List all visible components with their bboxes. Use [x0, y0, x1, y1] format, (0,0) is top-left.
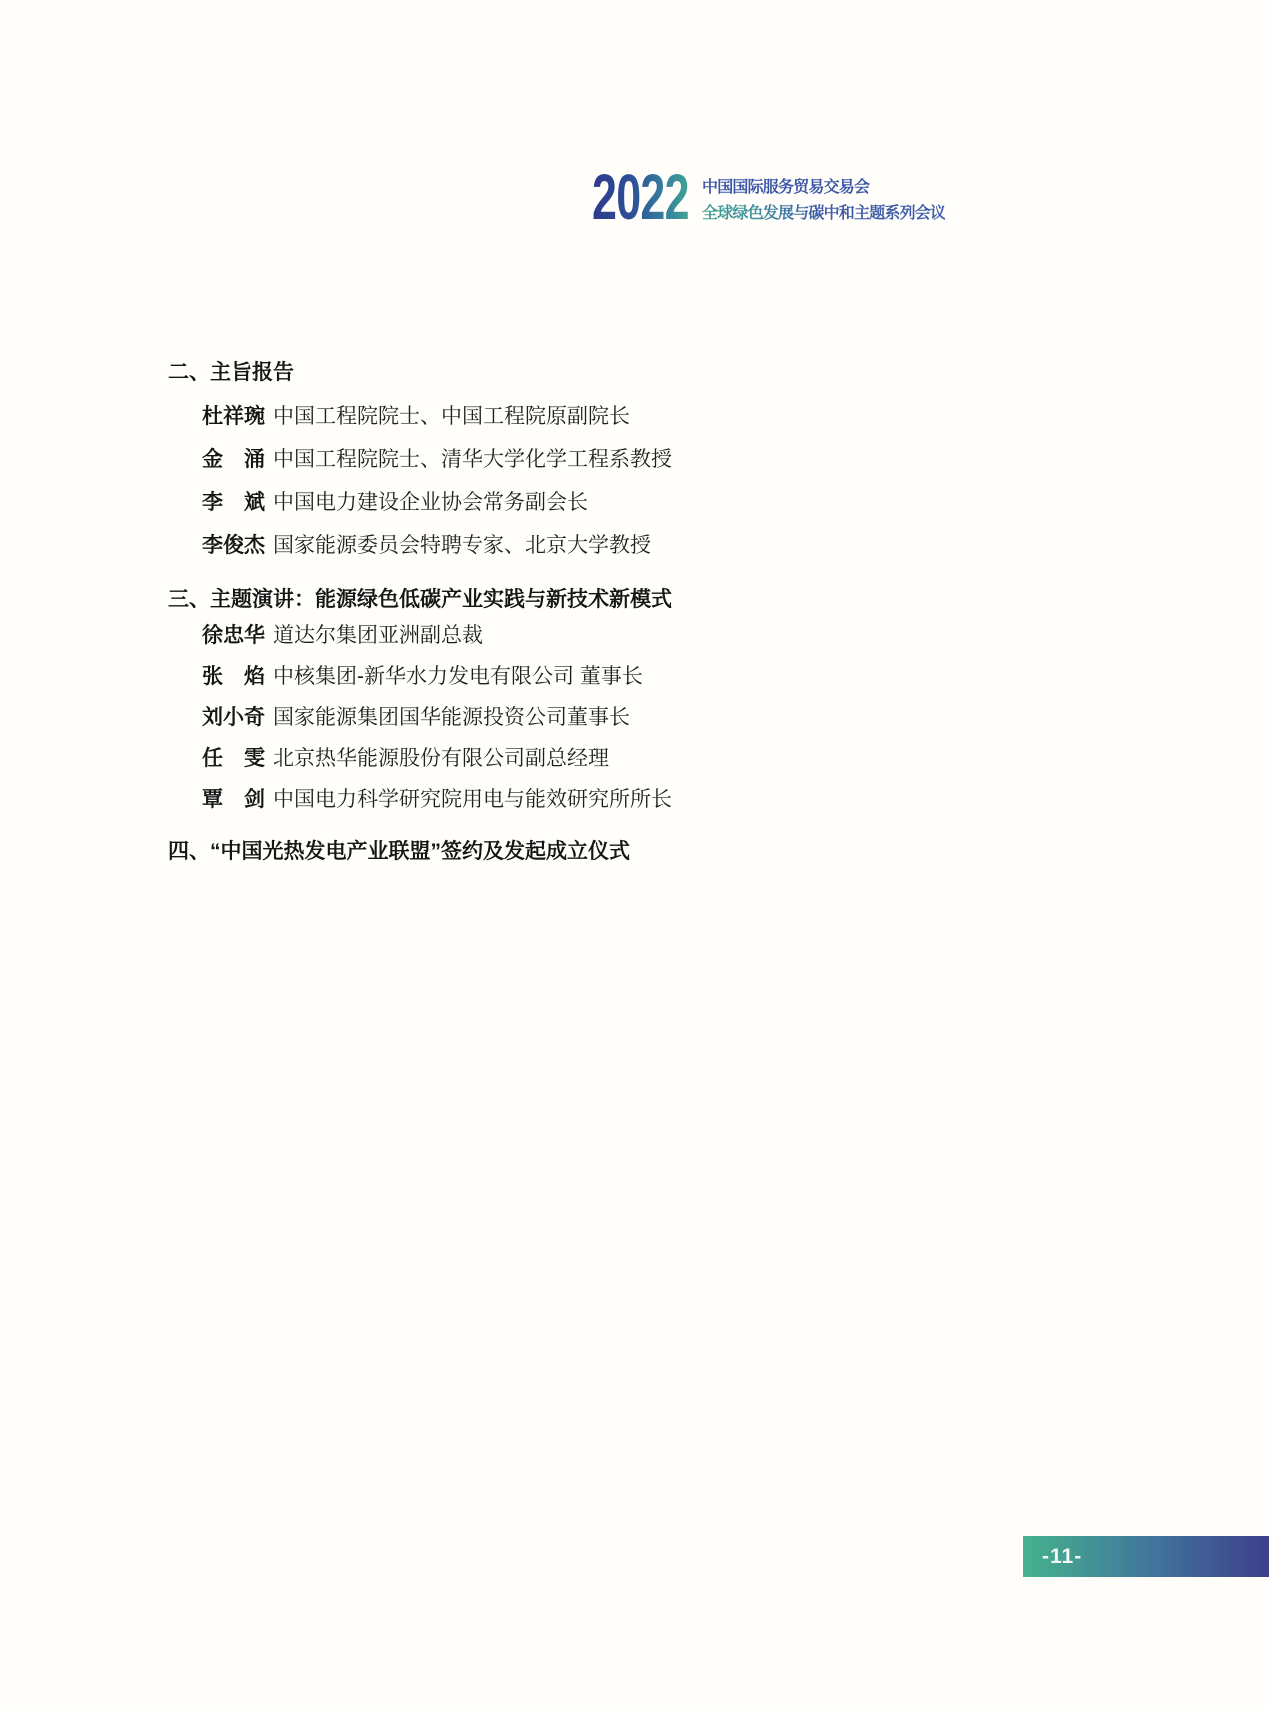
speaker-name: 任 雯 — [202, 747, 265, 771]
footer-page-bar: -11- — [1023, 1536, 1269, 1577]
speaker-name: 李 斌 — [202, 491, 265, 515]
speaker-row: 金 涌 中国工程院院士、清华大学化学工程系教授 — [168, 448, 1118, 472]
speaker-name: 金 涌 — [202, 448, 265, 472]
page-number: -11- — [1023, 1536, 1269, 1577]
speaker-row: 李俊杰 国家能源委员会特聘专家、北京大学教授 — [168, 534, 1118, 558]
speaker-name: 覃 剑 — [202, 788, 265, 812]
speaker-name: 徐忠华 — [202, 624, 265, 648]
speaker-row: 张 焰 中核集团-新华水力发电有限公司 董事长 — [168, 665, 1118, 689]
conference-title-line1: 中国国际服务贸易交易会 — [702, 175, 945, 201]
speaker-name: 李俊杰 — [202, 534, 265, 558]
speaker-role: 中国工程院院士、中国工程院原副院长 — [273, 405, 630, 429]
speaker-role: 北京热华能源股份有限公司副总经理 — [273, 747, 609, 771]
speaker-role: 国家能源委员会特聘专家、北京大学教授 — [273, 534, 651, 558]
agenda-content: 二、主旨报告 杜祥琬 中国工程院院士、中国工程院原副院长 金 涌 中国工程院院士… — [168, 361, 1118, 864]
speaker-row: 杜祥琬 中国工程院院士、中国工程院原副院长 — [168, 405, 1118, 429]
speaker-row: 任 雯 北京热华能源股份有限公司副总经理 — [168, 747, 1118, 771]
speaker-row: 李 斌 中国电力建设企业协会常务副会长 — [168, 491, 1118, 515]
conference-title-block: 中国国际服务贸易交易会 全球绿色发展与碳中和主题系列会议 — [702, 175, 945, 227]
speaker-role: 中国电力建设企业协会常务副会长 — [273, 491, 588, 515]
speaker-role: 中核集团-新华水力发电有限公司 董事长 — [273, 665, 643, 689]
conference-title-line2: 全球绿色发展与碳中和主题系列会议 — [702, 201, 945, 227]
document-page: 2022 中国国际服务贸易交易会 全球绿色发展与碳中和主题系列会议 二、主旨报告… — [0, 0, 1269, 1709]
speaker-row: 徐忠华 道达尔集团亚洲副总裁 — [168, 624, 1118, 648]
theme-speech-speaker-list: 徐忠华 道达尔集团亚洲副总裁 张 焰 中核集团-新华水力发电有限公司 董事长 刘… — [168, 624, 1118, 812]
speaker-role: 中国工程院院士、清华大学化学工程系教授 — [273, 448, 672, 472]
speaker-role: 国家能源集团国华能源投资公司董事长 — [273, 706, 630, 730]
section-heading-keynote: 二、主旨报告 — [168, 361, 1118, 385]
speaker-role: 中国电力科学研究院用电与能效研究所所长 — [273, 788, 672, 812]
speaker-name: 杜祥琬 — [202, 405, 265, 429]
section-heading-theme-speeches: 三、主题演讲：能源绿色低碳产业实践与新技术新模式 — [168, 588, 1118, 612]
speaker-name: 张 焰 — [202, 665, 265, 689]
section-heading-signing-ceremony: 四、“中国光热发电产业联盟”签约及发起成立仪式 — [168, 840, 1118, 864]
speaker-name: 刘小奇 — [202, 706, 265, 730]
speaker-row: 刘小奇 国家能源集团国华能源投资公司董事长 — [168, 706, 1118, 730]
speaker-role: 道达尔集团亚洲副总裁 — [273, 624, 483, 648]
speaker-row: 覃 剑 中国电力科学研究院用电与能效研究所所长 — [168, 788, 1118, 812]
logo-year-2022: 2022 — [592, 165, 689, 229]
keynote-speaker-list: 杜祥琬 中国工程院院士、中国工程院原副院长 金 涌 中国工程院院士、清华大学化学… — [168, 405, 1118, 558]
